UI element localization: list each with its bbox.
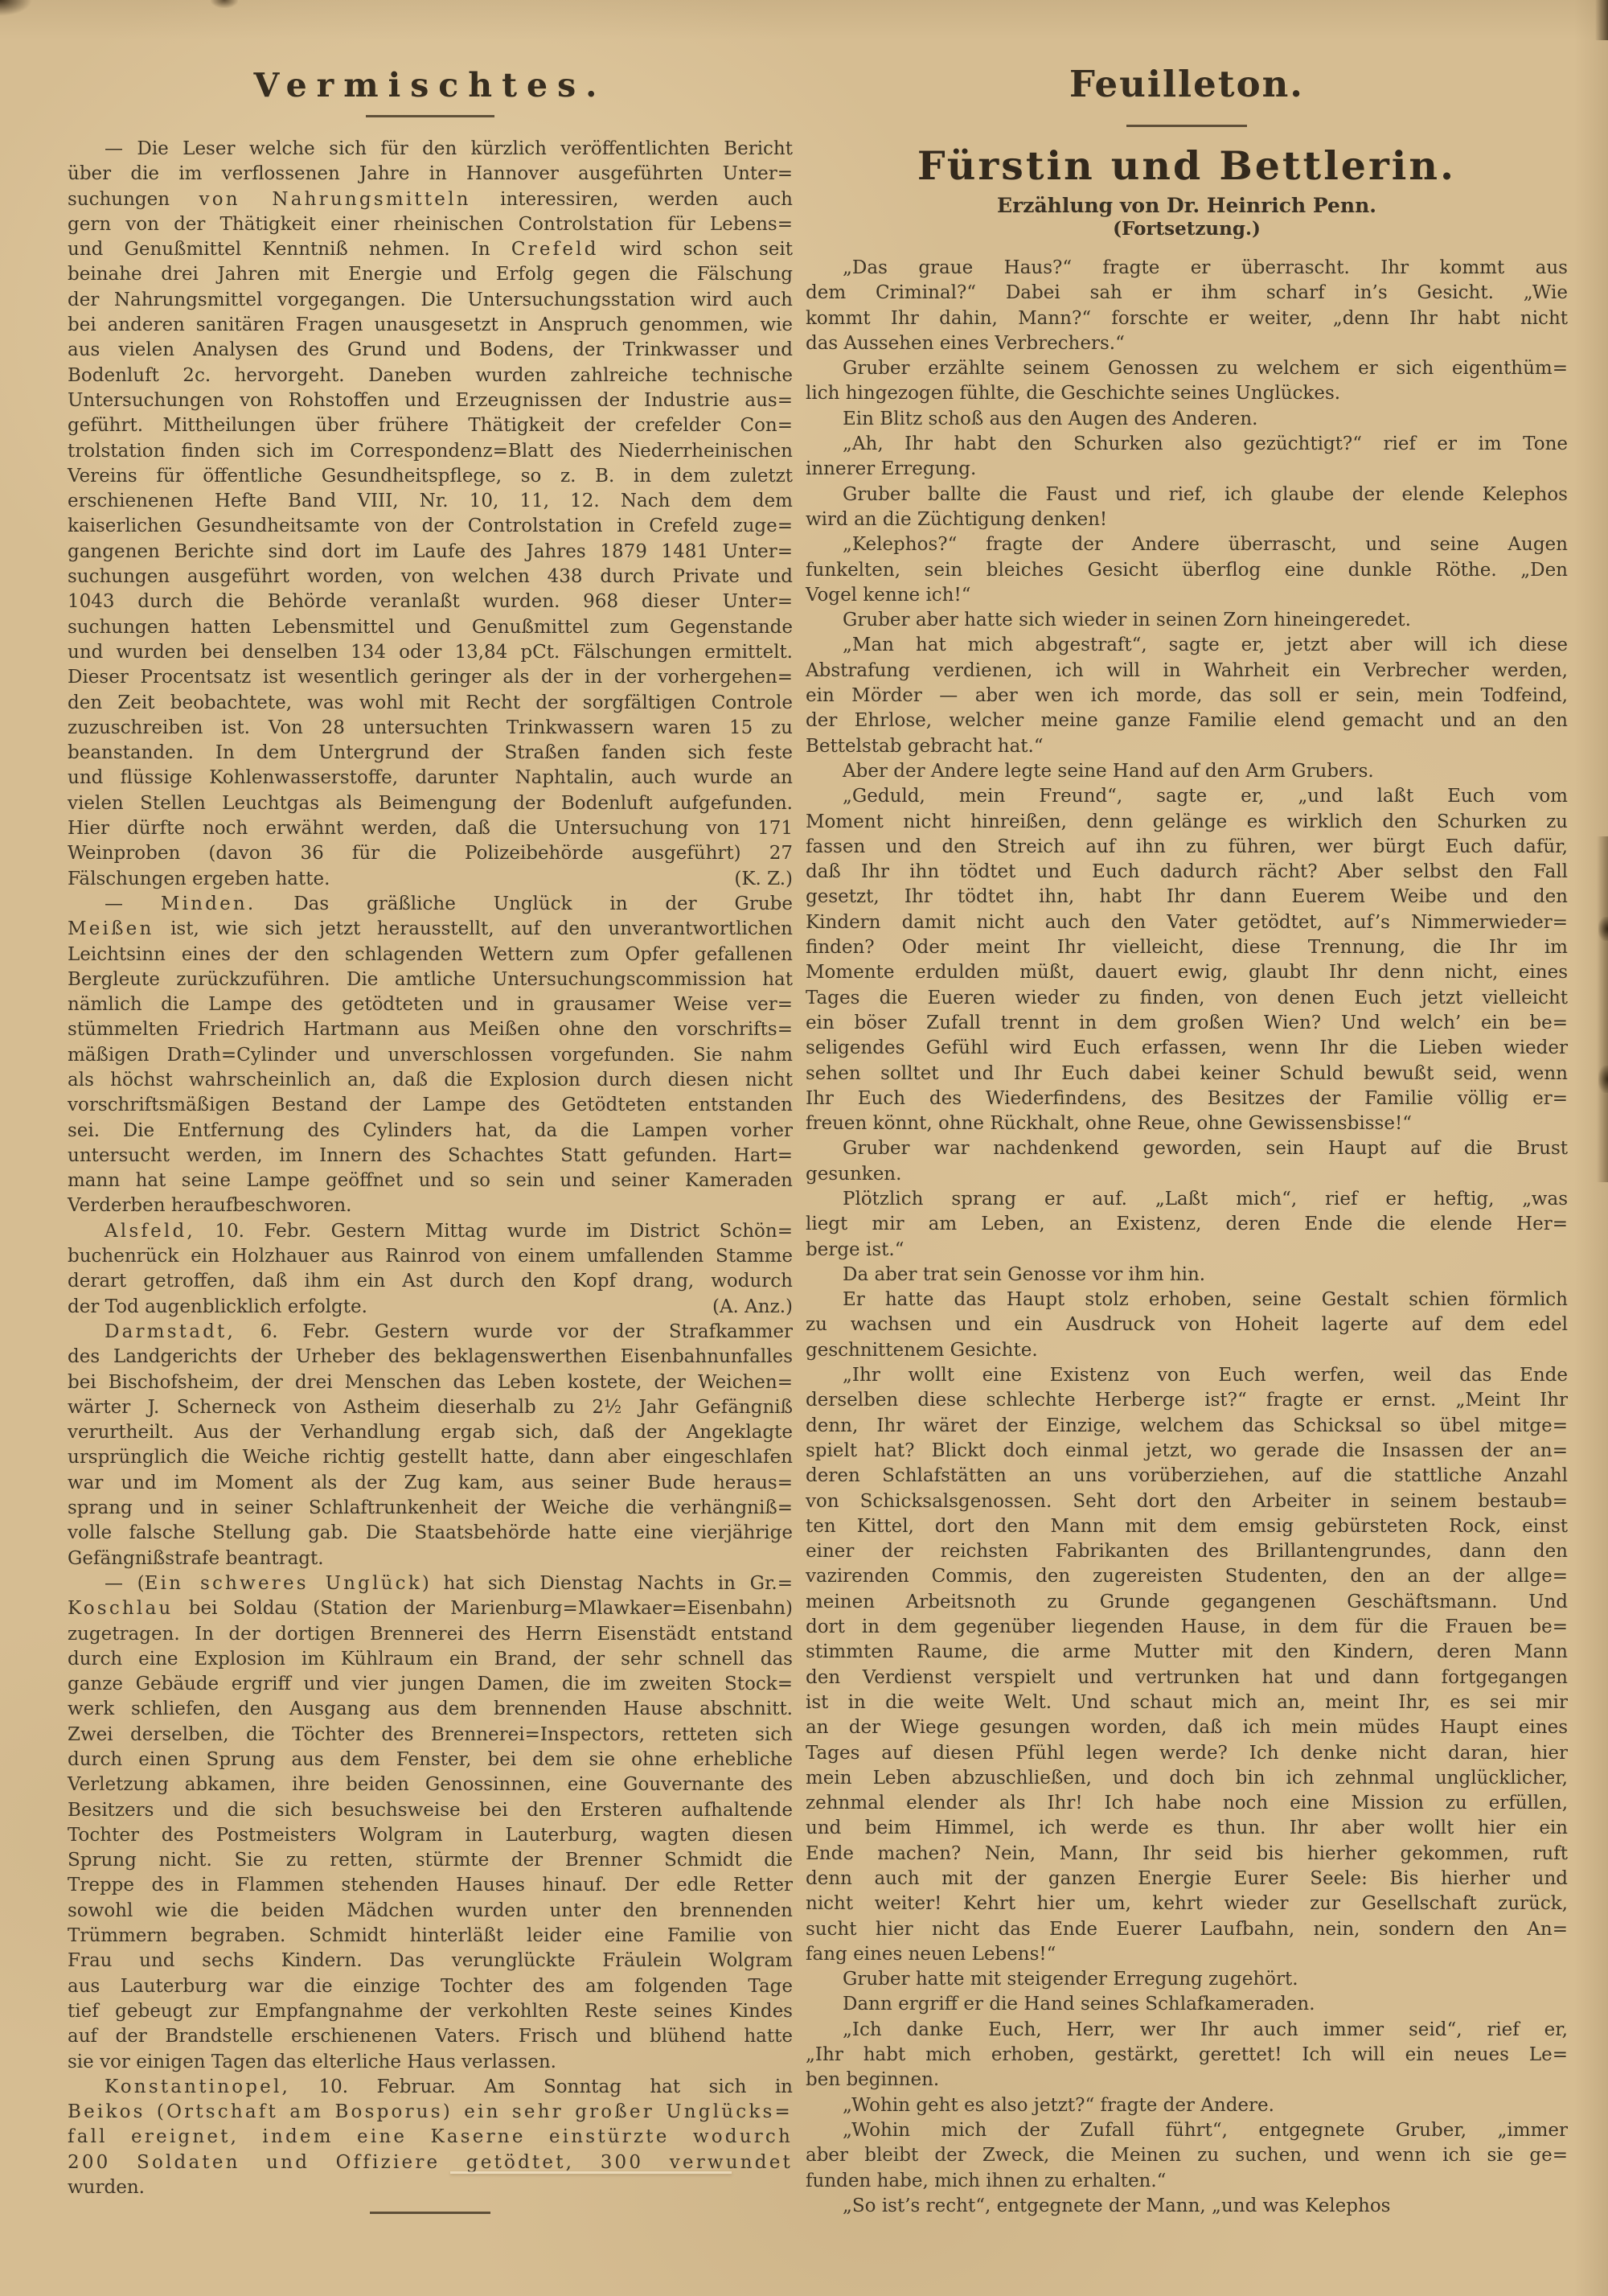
text-line: Gefängnißstrafe beantragt. — [68, 1546, 793, 1571]
text-line: vielen Stellen Leuchtgas als Beimengung … — [68, 791, 793, 816]
text-run: Momente erdulden müßt, dauert ewig, glau… — [806, 962, 1568, 983]
text-line: finden? Oder meint Ihr vielleicht, diese… — [806, 935, 1568, 960]
text-run: ganze Gebäude ergriff und vier jungen Da… — [68, 1674, 793, 1694]
text-line: Gruber aber hatte sich wieder in seinen … — [806, 608, 1568, 633]
source-attribution: (K. Z.) — [734, 867, 793, 892]
text-run: nicht weiter! Kehrt hier um, kehrt wiede… — [806, 1893, 1568, 1914]
text-run: Leichtsinn eines der den schlagenden Wet… — [68, 944, 793, 965]
text-run: Tochter des Postmeisters Wolgram in Laut… — [68, 1825, 793, 1846]
text-line: stümmelten Friedrich Hartmann aus Meißen… — [68, 1017, 793, 1042]
text-run: volle falsche Stellung gab. Die Staatsbe… — [68, 1522, 793, 1543]
text-run: und wurden bei denselben 134 oder 13,84 … — [68, 642, 793, 663]
text-run: „Man hat mich abgestraft“, sagte er, jet… — [843, 635, 1568, 655]
text-line: beinahe drei Jahren mit Energie und Erfo… — [68, 262, 793, 287]
text-run: der Tod augenblicklich erfolgte. — [68, 1296, 367, 1317]
text-run: gesunken. — [806, 1164, 901, 1185]
text-line: Hier dürfte noch erwähnt werden, daß die… — [68, 816, 793, 841]
text-run: buchenrück ein Holzhauer aus Rainrod von… — [68, 1246, 793, 1267]
text-run: 6. Febr. Gestern wurde vor der Strafkamm… — [236, 1321, 793, 1342]
text-line: werk schliefen, den Ausgang aus dem bren… — [68, 1697, 793, 1722]
text-run: Bodenluft 2c. hervorgeht. Daneben wurden… — [68, 365, 793, 386]
text-run: denn auch mit der ganzen Energie Eurer S… — [806, 1868, 1568, 1889]
text-line: bei Bischofsheim, der drei Menschen das … — [68, 1370, 793, 1395]
text-run: fang eines neuen Lebens!“ — [806, 1944, 1056, 1965]
text-line: suchungen ausgeführt worden, von welchen… — [68, 565, 793, 589]
text-run: vorschriftsmäßigen Bestand der Lampe des… — [68, 1095, 793, 1115]
text-run: Vereins für öffentliche Gesundheitspfleg… — [68, 466, 793, 487]
text-run: „Wohin geht es also jetzt?“ fragte der A… — [843, 2095, 1274, 2116]
text-run: wird schon seit — [599, 239, 793, 260]
text-run: deren Schlafstätten an uns vorüberziehen… — [806, 1465, 1568, 1486]
newspaper-page: Vermischtes. — Die Leser welche sich für… — [0, 0, 1608, 2296]
text-line: zehnmal elender als Ihr! Ich habe noch e… — [806, 1791, 1568, 1816]
text-run: Verletzung abkamen, ihre beiden Genossin… — [68, 1774, 793, 1795]
text-line: Darmstadt, 6. Febr. Gestern wurde vor de… — [68, 1320, 793, 1345]
text-line: untersucht werden, im Innern des Schacht… — [68, 1144, 793, 1169]
text-run: Treppe des in Flammen stehenden Hauses h… — [68, 1875, 793, 1896]
text-run: wird an die Züchtigung denken! — [806, 509, 1107, 530]
text-line: „Geduld, mein Freund“, sagte er, „und la… — [806, 784, 1568, 809]
text-line: ein böser Zufall trennt in dem großen Wi… — [806, 1011, 1568, 1036]
text-run: aus vielen Analysen des Grund und Bodens… — [68, 339, 793, 360]
text-run: „Wohin mich der Zufall führt“, entgegnet… — [843, 2120, 1568, 2141]
text-run: seligendes Gefühl wird Euch erfassen, we… — [806, 1037, 1568, 1058]
text-line: gesunken. — [806, 1162, 1568, 1187]
text-line: Tages auf diesen Pfühl legen werde? Ich … — [806, 1741, 1568, 1766]
text-line: sprang und in seiner Schlaftrunkenheit d… — [68, 1496, 793, 1521]
scan-artifact-corner-top-left — [0, 0, 32, 16]
text-run: dem Criminal?“ Dabei sah er ihm scharf i… — [806, 282, 1568, 303]
text-run: über die im verflossenen Jahre in Hannov… — [68, 163, 793, 184]
text-run: der Nahrungsmittel vorgegangen. Die Unte… — [68, 290, 793, 310]
story-title: Fürstin und Bettlerin. — [806, 146, 1568, 186]
text-line: und Genußmittel Kenntniß nehmen. In Cref… — [68, 237, 793, 262]
text-line: den Zeit beobachtete, was wohl mit Recht… — [68, 691, 793, 716]
text-line: Zwei derselben, die Töchter des Brennere… — [68, 1723, 793, 1748]
text-line: der Tod augenblicklich erfolgte.(A. Anz.… — [68, 1295, 793, 1320]
text-line: Aber der Andere legte seine Hand auf den… — [806, 759, 1568, 784]
text-line: liegt mir am Leben, an Existenz, deren E… — [806, 1212, 1568, 1237]
text-run: „Ihr habt mich erhoben, gestärkt, gerett… — [806, 2044, 1568, 2065]
scan-artifact-corner-top-right — [1595, 0, 1608, 40]
text-line: war und im Moment als der Zug kam, aus s… — [68, 1471, 793, 1496]
spaced-text: von Nahrungsmitteln — [199, 189, 471, 210]
text-line: derselben diese schlechte Herberge ist?“… — [806, 1388, 1568, 1413]
text-run: ein Mörder — aber wen ich morde, das sol… — [806, 685, 1568, 706]
text-line: gern von der Thätigkeit einer rheinische… — [68, 212, 793, 237]
text-run: Gefängnißstrafe beantragt. — [68, 1548, 324, 1569]
left-column-text: — Die Leser welche sich für den kürzlich… — [68, 137, 793, 2200]
text-line: auf der Brandstelle erschienenen Vaters.… — [68, 2024, 793, 2049]
text-run: „Ich danke Euch, Herr, wer Ihr auch imme… — [843, 2019, 1568, 2040]
text-run: Bettelstab gebracht hat.“ — [806, 736, 1044, 757]
text-run: zu wachsen und ein Ausdruck von Hoheit l… — [806, 1314, 1568, 1335]
text-line: ein Mörder — aber wen ich morde, das sol… — [806, 684, 1568, 709]
text-run: daß Ihr ihn tödtet und Euch dadurch räch… — [806, 861, 1568, 882]
scan-artifact-top-tick — [211, 0, 238, 8]
text-run: von Schicksalsgenossen. Seht dort den Ar… — [806, 1491, 1568, 1512]
text-line: Treppe des in Flammen stehenden Hauses h… — [68, 1873, 793, 1898]
text-line: Koschlau bei Soldau (Station der Marienb… — [68, 1596, 793, 1621]
text-line: funden habe, mich ihnen zu erhalten.“ — [806, 2169, 1568, 2194]
spaced-text: Ein schweres Unglück — [145, 1573, 422, 1594]
text-line: ben beginnen. — [806, 2068, 1568, 2093]
heading-rule-left — [366, 115, 494, 117]
text-run: mein Leben abzuschließen, und doch bin i… — [806, 1768, 1568, 1789]
text-run: stimmten Raume, die arme Mutter mit den … — [806, 1641, 1568, 1662]
right-column-text: „Das graue Haus?“ fragte er überrascht. … — [806, 256, 1568, 2219]
text-line: denn auch mit der ganzen Energie Eurer S… — [806, 1867, 1568, 1891]
text-line: stimmten Raume, die arme Mutter mit den … — [806, 1640, 1568, 1665]
text-run: vielen Stellen Leuchtgas als Beimengung … — [68, 793, 793, 814]
text-run: bei Bischofsheim, der drei Menschen das … — [68, 1372, 793, 1393]
text-run: sprang und in seiner Schlaftrunkenheit d… — [68, 1497, 793, 1518]
text-line: nicht weiter! Kehrt hier um, kehrt wiede… — [806, 1891, 1568, 1916]
text-line: freuen könnt, ohne Rückhalt, ohne Reue, … — [806, 1111, 1568, 1136]
text-line: Bodenluft 2c. hervorgeht. Daneben wurden… — [68, 363, 793, 388]
text-run: Verderben heraufbeschworen. — [68, 1195, 351, 1216]
text-run: — ( — [105, 1573, 145, 1594]
text-line: gangenen Berichte sind dort im Laufe des… — [68, 540, 793, 565]
text-run: werk schliefen, den Ausgang aus dem bren… — [68, 1698, 793, 1719]
text-line: denn, Ihr wäret der Einzige, welchem das… — [806, 1414, 1568, 1439]
text-run: bei Soldau (Station der Marienburg=Mlawk… — [173, 1598, 793, 1619]
text-run: funden habe, mich ihnen zu erhalten.“ — [806, 2171, 1166, 2191]
text-line: kaiserlichen Gesundheitsamte von der Con… — [68, 514, 793, 539]
text-line: lich hingezogen fühlte, die Geschichte s… — [806, 381, 1568, 406]
text-line: zugetragen. In der dortigen Brennerei de… — [68, 1622, 793, 1647]
text-run: innerer Erregung. — [806, 458, 976, 479]
text-run: vazirenden Commis, den zugereisten Stude… — [806, 1566, 1568, 1587]
text-line: zuzuschreiben ist. Von 28 untersuchten T… — [68, 716, 793, 741]
text-line: Da aber trat sein Genosse vor ihm hin. — [806, 1263, 1568, 1288]
text-line: nämlich die Lampe des getödteten und in … — [68, 992, 793, 1017]
text-line: 1043 durch die Behörde veranlaßt wurden.… — [68, 589, 793, 614]
text-run: Ein Blitz schoß aus den Augen des Andere… — [843, 409, 1258, 429]
text-line: von Schicksalsgenossen. Seht dort den Ar… — [806, 1489, 1568, 1514]
text-line: Leichtsinn eines der den schlagenden Wet… — [68, 943, 793, 967]
text-run: Abstrafung verdienen, ich will in Wahrhe… — [806, 660, 1568, 681]
text-run: Ihr Euch des Wiederfindens, des Besitzes… — [806, 1088, 1568, 1109]
text-line: Ende machen? Nein, Mann, Ihr seid bis hi… — [806, 1842, 1568, 1867]
text-run: Gruber war nachdenkend geworden, sein Ha… — [843, 1138, 1568, 1159]
text-line: Alsfeld, 10. Febr. Gestern Mittag wurde … — [68, 1219, 793, 1244]
text-line: aus Lauterburg war die einzige Tochter d… — [68, 1974, 793, 1999]
text-run: einer der reichsten Fabrikanten des Bril… — [806, 1541, 1568, 1562]
text-run: funkelten, sein bleiches Gesicht überflo… — [806, 560, 1568, 581]
text-line: mäßigen Drath=Cylinder und unverschlosse… — [68, 1043, 793, 1068]
text-run: als höchst wahrscheinlich an, daß die Ex… — [68, 1070, 793, 1090]
text-line: über die im verflossenen Jahre in Hannov… — [68, 162, 793, 187]
text-line: sowohl wie die beiden Mädchen wurden unt… — [68, 1899, 793, 1924]
text-run: suchungen hatten Lebensmittel und Genußm… — [68, 617, 793, 638]
text-run: Gruber erzählte seinem Genossen zu welch… — [843, 358, 1568, 379]
text-run: — — [105, 893, 161, 914]
text-run: Weinproben (davon 36 für die Polizeibehö… — [68, 843, 793, 864]
text-line: Bergleute zurückzuführen. Die amtliche U… — [68, 967, 793, 992]
text-line: an der Wiege gesungen worden, daß ich me… — [806, 1715, 1568, 1740]
text-run: sei. Die Entfernung des Cylinders hat, d… — [68, 1120, 793, 1141]
text-run: Untersuchungen von Rohstoffen und Erzeug… — [68, 390, 793, 411]
text-run: sowohl wie die beiden Mädchen wurden unt… — [68, 1900, 793, 1921]
text-line: „Wohin mich der Zufall führt“, entgegnet… — [806, 2118, 1568, 2143]
text-run: trolstation finden sich im Correspondenz… — [68, 441, 793, 462]
text-line: Abstrafung verdienen, ich will in Wahrhe… — [806, 659, 1568, 684]
text-line: seligendes Gefühl wird Euch erfassen, we… — [806, 1036, 1568, 1061]
text-run: nämlich die Lampe des getödteten und in … — [68, 994, 793, 1015]
text-line: spielt hat? Blickt doch einmal jetzt, wo… — [806, 1439, 1568, 1464]
text-run: Besitzers und die sich besuchsweise bei … — [68, 1800, 793, 1821]
scan-artifact-binding-spot — [1598, 1066, 1608, 1093]
text-run: Dann ergriff er die Hand seines Schlafka… — [843, 1994, 1315, 2015]
text-run: sehen solltet und Ihr Euch dabei keiner … — [806, 1063, 1568, 1084]
text-line: Tochter des Postmeisters Wolgram in Laut… — [68, 1823, 793, 1848]
text-run: „Kelephos?“ fragte der Andere überrascht… — [843, 534, 1568, 555]
text-run: Dieser Procentsatz ist wesentlich gering… — [68, 667, 793, 688]
text-line: — Minden. Das gräßliche Unglück in der G… — [68, 892, 793, 917]
text-line: sucht hier nicht das Ende Euerer Laufbah… — [806, 1917, 1568, 1942]
text-line: der Ehrlose, welcher meine ganze Familie… — [806, 709, 1568, 733]
text-line: Vereins für öffentliche Gesundheitspfleg… — [68, 464, 793, 489]
text-run: Trümmern begraben. Schmidt hinterläßt le… — [68, 1925, 793, 1946]
text-line: geführt. Mittheilungen über frühere Thät… — [68, 413, 793, 438]
text-run: mann hat seine Lampe geöffnet und so sei… — [68, 1170, 793, 1191]
text-line: Meißen ist, wie sich jetzt herausstellt,… — [68, 917, 793, 942]
text-line: ist in die weite Welt. Und schaut mich a… — [806, 1690, 1568, 1715]
text-run: 10. Februar. Am Sonntag hat sich in — [290, 2076, 793, 2097]
text-run: ) hat sich Dienstag Nachts in Gr.= — [422, 1573, 793, 1594]
text-line: als höchst wahrscheinlich an, daß die Ex… — [68, 1068, 793, 1093]
text-line: „So ist’s recht“, entgegnete der Mann, „… — [806, 2194, 1568, 2219]
text-line: fall ereignet, indem eine Kaserne einstü… — [68, 2125, 793, 2150]
text-run: erschienenen Hefte Band VIII, Nr. 10, 11… — [68, 491, 793, 511]
text-run: Kindern damit nicht auch den Vater getöd… — [806, 912, 1568, 933]
text-run: war und im Moment als der Zug kam, aus s… — [68, 1472, 793, 1493]
spaced-text: Alsfeld, — [105, 1221, 195, 1242]
text-line: fang eines neuen Lebens!“ — [806, 1942, 1568, 1967]
text-run: derart getroffen, daß ihm ein Ast durch … — [68, 1271, 793, 1292]
text-run: Gruber ballte die Faust und rief, ich gl… — [843, 484, 1568, 505]
text-run: Tages auf diesen Pfühl legen werde? Ich … — [806, 1743, 1568, 1764]
text-line: „Ich danke Euch, Herr, wer Ihr auch imme… — [806, 2018, 1568, 2043]
text-line: Gruber erzählte seinem Genossen zu welch… — [806, 356, 1568, 381]
text-run: wärter J. Scherneck von Astheim dieserha… — [68, 1397, 793, 1418]
text-line: meinen Arbeitsnoth zu Grunde gegangenen … — [806, 1590, 1568, 1615]
text-run: Er hatte das Haupt stolz erhoben, seine … — [843, 1289, 1568, 1310]
text-line: Frau und sechs Kindern. Das verunglückte… — [68, 1949, 793, 1974]
text-run: Moment nicht hinreißen, denn gelänge es … — [806, 811, 1568, 832]
text-run: zugetragen. In der dortigen Brennerei de… — [68, 1624, 793, 1645]
text-run: dort in dem gegenüber liegenden Hause, i… — [806, 1616, 1568, 1637]
text-line: Gruber hatte mit steigender Erregung zug… — [806, 1967, 1568, 1992]
text-run: Frau und sechs Kindern. Das verunglückte… — [68, 1950, 793, 1971]
text-line: ganze Gebäude ergriff und vier jungen Da… — [68, 1672, 793, 1697]
spaced-text: 200 Soldaten und Offiziere getödtet, 300… — [68, 2152, 793, 2173]
text-run: ist in die weite Welt. Und schaut mich a… — [806, 1692, 1568, 1713]
scan-artifact-binding-spot — [1598, 917, 1608, 941]
text-line: Momente erdulden müßt, dauert ewig, glau… — [806, 960, 1568, 985]
text-run: geschnittenem Gesichte. — [806, 1340, 1038, 1361]
spaced-text: Konstantinopel, — [105, 2076, 290, 2097]
spaced-text: Crefeld — [511, 239, 599, 260]
text-line: sehen solltet und Ihr Euch dabei keiner … — [806, 1062, 1568, 1086]
text-run: den Zeit beobachtete, was wohl mit Recht… — [68, 692, 793, 713]
text-run: „So ist’s recht“, entgegnete der Mann, „… — [843, 2195, 1390, 2216]
text-line: „Ihr wollt eine Existenz von Euch werfen… — [806, 1363, 1568, 1388]
text-run: kaiserlichen Gesundheitsamte von der Con… — [68, 515, 793, 536]
text-run: lich hingezogen fühlte, die Geschichte s… — [806, 383, 1340, 404]
text-run: Da aber trat sein Genosse vor ihm hin. — [843, 1264, 1205, 1285]
text-line: buchenrück ein Holzhauer aus Rainrod von… — [68, 1244, 793, 1269]
text-line: und wurden bei denselben 134 oder 13,84 … — [68, 640, 793, 665]
text-line: suchungen hatten Lebensmittel und Genußm… — [68, 615, 793, 640]
text-line: kommt Ihr dahin, Mann?“ forschte er weit… — [806, 306, 1568, 331]
text-run: aber bleibt der Zweck, die Meinen zu suc… — [806, 2145, 1568, 2166]
text-run: zuzuschreiben ist. Von 28 untersuchten T… — [68, 717, 793, 738]
text-run: derselben diese schlechte Herberge ist?“… — [806, 1390, 1568, 1411]
text-line: einer der reichsten Fabrikanten des Bril… — [806, 1539, 1568, 1564]
text-run: stümmelten Friedrich Hartmann aus Meißen… — [68, 1019, 793, 1040]
text-line: Konstantinopel, 10. Februar. Am Sonntag … — [68, 2075, 793, 2100]
text-line: Moment nicht hinreißen, denn gelänge es … — [806, 810, 1568, 835]
text-line: „Kelephos?“ fragte der Andere überrascht… — [806, 532, 1568, 557]
text-run: an der Wiege gesungen worden, daß ich me… — [806, 1717, 1568, 1738]
scan-artifact-right-edge-shade — [1597, 836, 1608, 1182]
text-line: durch einen Sprung aus dem Fenster, bei … — [68, 1748, 793, 1772]
text-line: vorschriftsmäßigen Bestand der Lampe des… — [68, 1093, 793, 1118]
text-run: — Die Leser welche sich für den kürzlich… — [105, 138, 793, 159]
text-line: derart getroffen, daß ihm ein Ast durch … — [68, 1269, 793, 1294]
text-line: Fälschungen ergeben hatte.(K. Z.) — [68, 867, 793, 892]
text-line: deren Schlafstätten an uns vorüberziehen… — [806, 1464, 1568, 1489]
text-line: Kindern damit nicht auch den Vater getöd… — [806, 910, 1568, 935]
text-line: trolstation finden sich im Correspondenz… — [68, 439, 793, 464]
left-column-vermischtes: Vermischtes. — Die Leser welche sich für… — [68, 48, 793, 2214]
text-line: wärter J. Scherneck von Astheim dieserha… — [68, 1395, 793, 1420]
text-run: liegt mir am Leben, an Existenz, deren E… — [806, 1214, 1568, 1234]
story-byline: Erzählung von Dr. Heinrich Penn. — [806, 195, 1568, 216]
text-run: „Geduld, mein Freund“, sagte er, „und la… — [843, 786, 1568, 807]
text-line: Ihr Euch des Wiederfindens, des Besitzes… — [806, 1086, 1568, 1111]
text-line: Besitzers und die sich besuchsweise bei … — [68, 1798, 793, 1823]
text-line: ursprünglich die Weiche richtig gestellt… — [68, 1445, 793, 1470]
text-run: ursprünglich die Weiche richtig gestellt… — [68, 1447, 793, 1468]
text-run: suchungen — [68, 189, 199, 210]
text-run: Das gräßliche Unglück in der Grube — [256, 893, 793, 914]
text-run: suchungen ausgeführt worden, von welchen… — [68, 566, 793, 587]
text-run: den Verdienst verspielt und vertrunken h… — [806, 1667, 1568, 1688]
text-run: 10. Febr. Gestern Mittag wurde im Distri… — [195, 1221, 793, 1242]
section-heading-feuilleton: Feuilleton. — [806, 66, 1568, 102]
text-line: erschienenen Hefte Band VIII, Nr. 10, 11… — [68, 489, 793, 514]
text-line: Ein Blitz schoß aus den Augen des Andere… — [806, 407, 1568, 432]
text-line: sie vor einigen Tagen das elterliche Hau… — [68, 2050, 793, 2075]
right-column-feuilleton: Feuilleton. Fürstin und Bettlerin. Erzäh… — [806, 48, 1568, 2219]
text-run: zehnmal elender als Ihr! Ich habe noch e… — [806, 1793, 1568, 1813]
text-line: sei. Die Entfernung des Cylinders hat, d… — [68, 1119, 793, 1144]
text-line: fassen und den Streich auf ihn zu führen… — [806, 835, 1568, 860]
text-run: tief gebeugt zur Empfangnahme der verkoh… — [68, 2001, 793, 2022]
text-run: interessiren, werden auch — [471, 189, 793, 210]
story-continuation-note: (Fortsetzung.) — [806, 220, 1568, 238]
text-line: wird an die Züchtigung denken! — [806, 507, 1568, 532]
section-heading-vermischtes: Vermischtes. — [68, 69, 793, 102]
text-run: sucht hier nicht das Ende Euerer Laufbah… — [806, 1919, 1568, 1940]
text-line: 200 Soldaten und Offiziere getödtet, 300… — [68, 2150, 793, 2175]
text-run: finden? Oder meint Ihr vielleicht, diese… — [806, 937, 1568, 958]
text-line: Beikos (Ortschaft am Bosporus) ein sehr … — [68, 2100, 793, 2125]
text-run: „Ah, Ihr habt den Schurken also gezüchti… — [843, 433, 1568, 454]
text-line: aber bleibt der Zweck, die Meinen zu suc… — [806, 2143, 1568, 2168]
text-line: durch eine Explosion im Kühlraum ein Bra… — [68, 1647, 793, 1672]
text-line: Dieser Procentsatz ist wesentlich gering… — [68, 665, 793, 690]
text-line: und beim Himmel, ich werde es thun. Ihr … — [806, 1816, 1568, 1841]
text-line: Verderben heraufbeschworen. — [68, 1193, 793, 1218]
text-run: ben beginnen. — [806, 2069, 939, 2090]
text-run: denn, Ihr wäret der Einzige, welchem das… — [806, 1415, 1568, 1436]
text-run: verurtheilt. Aus der Verhandlung ergab s… — [68, 1422, 793, 1443]
text-line: Untersuchungen von Rohstoffen und Erzeug… — [68, 388, 793, 413]
text-line: den Verdienst verspielt und vertrunken h… — [806, 1666, 1568, 1690]
text-line: mann hat seine Lampe geöffnet und so sei… — [68, 1169, 793, 1193]
text-run: ein böser Zufall trennt in dem großen Wi… — [806, 1012, 1568, 1033]
text-line: volle falsche Stellung gab. Die Staatsbe… — [68, 1521, 793, 1546]
text-line: „Man hat mich abgestraft“, sagte er, jet… — [806, 633, 1568, 658]
text-line: dem Criminal?“ Dabei sah er ihm scharf i… — [806, 281, 1568, 306]
spaced-text: Minden. — [161, 893, 256, 914]
text-line: Gruber war nachdenkend geworden, sein Ha… — [806, 1136, 1568, 1161]
text-run: ist, wie sich jetzt herausstellt, auf de… — [154, 918, 793, 939]
text-run: 1043 durch die Behörde veranlaßt wurden.… — [68, 591, 793, 612]
text-run: Aber der Andere legte seine Hand auf den… — [843, 761, 1374, 782]
text-line: — (Ein schweres Unglück) hat sich Dienst… — [68, 1571, 793, 1596]
text-line: mein Leben abzuschließen, und doch bin i… — [806, 1766, 1568, 1791]
text-run: durch eine Explosion im Kühlraum ein Bra… — [68, 1649, 793, 1670]
text-run: Plötzlich sprang er auf. „Laßt mich“, ri… — [843, 1189, 1568, 1210]
text-run: ten Kittel, dort den Mann mit dem emsig … — [806, 1516, 1568, 1537]
text-run: Gruber hatte mit steigender Erregung zug… — [843, 1969, 1298, 1990]
text-run: aus Lauterburg war die einzige Tochter d… — [68, 1976, 793, 1997]
text-line: das Aussehen eines Verbrechers.“ — [806, 331, 1568, 356]
text-run: Ende machen? Nein, Mann, Ihr seid bis hi… — [806, 1843, 1568, 1864]
text-run: geführt. Mittheilungen über frühere Thät… — [68, 415, 793, 436]
text-line: und flüssige Kohlenwasserstoffe, darunte… — [68, 766, 793, 791]
text-line: Plötzlich sprang er auf. „Laßt mich“, ri… — [806, 1187, 1568, 1212]
text-line: Verletzung abkamen, ihre beiden Genossin… — [68, 1772, 793, 1797]
text-run: sie vor einigen Tagen das elterliche Hau… — [68, 2052, 556, 2072]
text-line: zu wachsen und ein Ausdruck von Hoheit l… — [806, 1312, 1568, 1337]
text-line: wurden. — [68, 2175, 793, 2200]
text-run: „Das graue Haus?“ fragte er überrascht. … — [843, 257, 1568, 278]
text-run: der Ehrlose, welcher meine ganze Familie… — [806, 710, 1568, 731]
spaced-text: Beikos (Ortschaft am Bosporus) ein sehr … — [68, 2101, 793, 2122]
text-run: wurden. — [68, 2177, 145, 2198]
text-run: gangenen Berichte sind dort im Laufe des… — [68, 541, 793, 562]
text-line: „Ihr habt mich erhoben, gestärkt, gerett… — [806, 2043, 1568, 2068]
spaced-text: fall ereignet, indem eine Kaserne einstü… — [68, 2126, 793, 2147]
text-line: Tages die Eueren wieder zu finden, von d… — [806, 986, 1568, 1011]
text-line: geschnittenem Gesichte. — [806, 1338, 1568, 1363]
text-run: untersucht werden, im Innern des Schacht… — [68, 1145, 793, 1166]
text-run: Tages die Eueren wieder zu finden, von d… — [806, 988, 1568, 1008]
text-run: freuen könnt, ohne Rückhalt, ohne Reue, … — [806, 1113, 1412, 1134]
text-line: berge ist.“ — [806, 1238, 1568, 1263]
text-run: bei anderen sanitären Fragen unausgesetz… — [68, 314, 793, 335]
text-line: beanstanden. In dem Untergrund der Straß… — [68, 741, 793, 766]
text-line: — Die Leser welche sich für den kürzlich… — [68, 137, 793, 162]
text-run: des Landgerichts der Urheber des beklage… — [68, 1346, 793, 1367]
text-run: gesetzt, Ihr tödtet ihn, habt Ihr dann E… — [806, 886, 1568, 907]
